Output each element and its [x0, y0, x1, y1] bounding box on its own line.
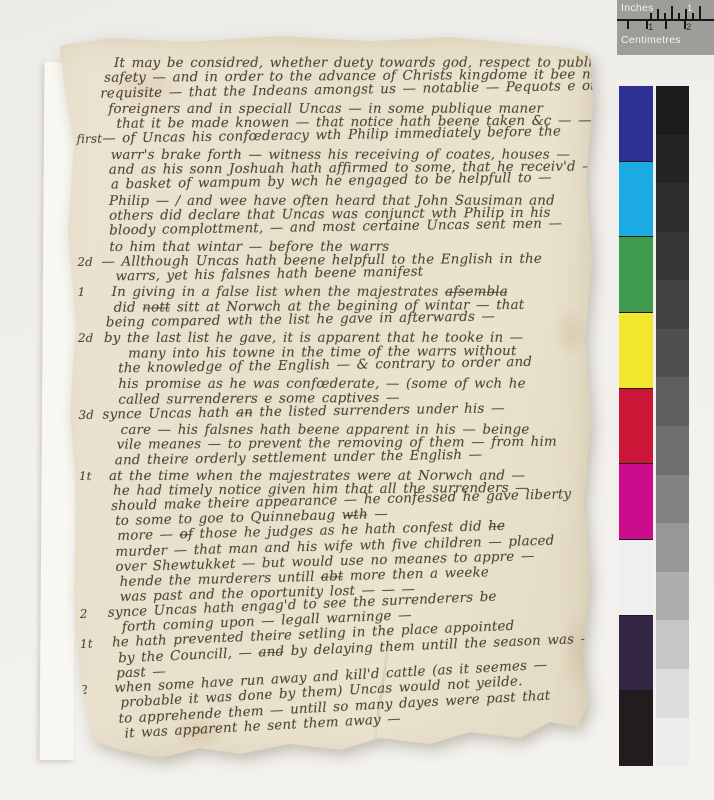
line-marker — [79, 530, 103, 531]
line-marker — [79, 514, 103, 515]
color-patch-white — [619, 539, 653, 615]
color-patch-dark-purple — [619, 615, 653, 691]
ruler-inches-label: Inches — [621, 2, 654, 14]
manuscript-line: warr's brake forth — witness his receivi… — [77, 147, 582, 163]
line-marker: 1t — [80, 636, 105, 652]
line-marker — [80, 621, 104, 622]
manuscript-text: It may be considred, whether duety towar… — [76, 52, 586, 744]
ruler-cm-number-1: 1 — [648, 22, 653, 33]
inch-tick — [671, 6, 673, 19]
color-patch-red — [619, 388, 653, 464]
line-marker — [79, 575, 103, 576]
manuscript-line: foreigners and in speciall Uncas — in so… — [76, 101, 581, 117]
color-patch-magenta — [619, 463, 653, 539]
manuscript-line: 1tat the time when the majestrates were … — [79, 469, 584, 485]
line-marker — [80, 697, 104, 698]
line-marker — [79, 560, 103, 561]
gray-step-7 — [656, 426, 689, 475]
gray-step-4 — [656, 280, 689, 329]
line-text: foreigners and in speciall Uncas — in so… — [100, 101, 543, 117]
line-marker: 1 — [78, 285, 102, 300]
line-marker — [80, 712, 104, 713]
gray-step-11 — [656, 620, 689, 669]
line-marker: 2d — [78, 331, 102, 346]
color-patch-green — [619, 236, 653, 312]
line-marker: 2 — [80, 606, 105, 622]
inch-tick — [699, 6, 701, 19]
line-text: by the last list he gave, it is apparent… — [102, 331, 523, 347]
manuscript-line: 2dby the last list he gave, it is appare… — [78, 331, 583, 347]
grayscale-calibration-bar — [656, 86, 689, 766]
ruler-centimetres-label: Centimetres — [621, 34, 681, 46]
gray-step-8 — [656, 475, 689, 524]
color-patch-dark-blue — [619, 86, 653, 161]
color-patch-yellow — [619, 312, 653, 388]
cm-tick — [627, 21, 629, 29]
line-marker — [80, 728, 104, 729]
gray-step-3 — [656, 232, 689, 281]
line-text: warr's brake forth — witness his receivi… — [101, 147, 570, 163]
manuscript-line: 1In giving in a false list when the maje… — [78, 285, 583, 301]
gray-step-9 — [656, 523, 689, 572]
manuscript-line: to him that wintar — before the warrs — [77, 239, 582, 255]
gray-step-5 — [656, 329, 689, 378]
color-patch-black — [619, 690, 653, 766]
line-marker — [80, 667, 104, 668]
line-marker — [80, 591, 104, 592]
gray-step-0 — [656, 86, 689, 135]
manuscript-line: care — his falsnes hath beene apparent i… — [79, 423, 584, 439]
line-text: Philip — / and wee have often heard that… — [101, 193, 555, 209]
gray-step-10 — [656, 572, 689, 621]
line-text: It may be considred, whether duety towar… — [100, 56, 623, 72]
manuscript-line: Philip — / and wee have often heard that… — [77, 193, 582, 209]
ruler-scale: Inches 1 1 2 Centimetres — [617, 0, 714, 55]
line-marker: 1t — [79, 469, 103, 484]
gray-step-1 — [656, 135, 689, 184]
line-text: his promise as he was confœderate, — (so… — [102, 377, 525, 393]
gray-step-6 — [656, 377, 689, 426]
manuscript-page: It may be considred, whether duety towar… — [50, 32, 595, 765]
inch-tick — [685, 9, 687, 19]
manuscript-line: It may be considred, whether duety towar… — [76, 56, 581, 72]
line-text: at the time when the majestrates were at… — [103, 469, 525, 485]
line-text: care — his falsnes hath beene apparent i… — [103, 423, 530, 439]
line-marker — [79, 499, 103, 500]
cm-tick — [665, 21, 667, 29]
inch-tick — [657, 9, 659, 19]
gray-step-12 — [656, 669, 689, 718]
gray-step-2 — [656, 183, 689, 232]
line-marker: 3d — [78, 407, 102, 423]
line-text: to him that wintar — before the warrs — [101, 239, 389, 255]
manuscript-page-wrap: It may be considred, whether duety towar… — [50, 32, 595, 765]
color-calibration-bar — [619, 86, 653, 766]
line-marker: 2d — [77, 255, 101, 270]
gray-step-13 — [656, 718, 689, 767]
line-text: In giving in a false list when the majes… — [102, 285, 508, 301]
manuscript-line: his promise as he was confœderate, — (so… — [78, 377, 583, 393]
line-marker: first — [76, 132, 102, 148]
line-marker — [79, 545, 103, 546]
ruler-cm-number-2: 2 — [686, 22, 691, 33]
color-patch-cyan — [619, 161, 653, 237]
